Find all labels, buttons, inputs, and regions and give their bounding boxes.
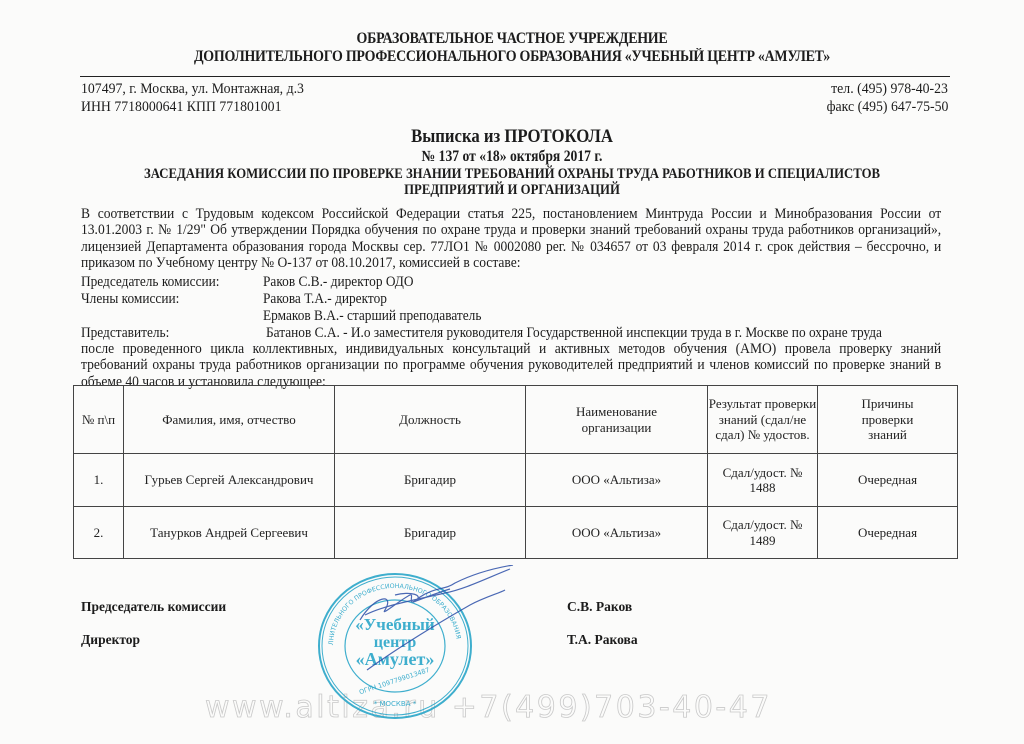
- director-role: Директор: [81, 632, 140, 648]
- chair-label: Председатель комиссии:: [81, 274, 219, 290]
- row-number: 2.: [74, 507, 124, 559]
- row-reason: Очередная: [818, 507, 958, 559]
- members-label: Члены комиссии:: [81, 291, 179, 307]
- organization-name-line2: ДОПОЛНИТЕЛЬНОГО ПРОФЕССИОНАЛЬНОГО ОБРАЗО…: [51, 48, 973, 66]
- table-row: 1. Гурьев Сергей Александрович Бригадир …: [74, 454, 958, 507]
- representative-value: Батанов С.А. - И.о заместителя руководит…: [266, 325, 882, 341]
- address: 107497, г. Москва, ул. Монтажная, д.3: [81, 81, 304, 98]
- table-row: 2. Танурков Андрей Сергеевич Бригадир ОО…: [74, 507, 958, 559]
- row-result: Сдал/удост. № 1488: [708, 454, 818, 507]
- row-full-name: Гурьев Сергей Александрович: [124, 454, 335, 507]
- signature-icon: [355, 565, 515, 680]
- chair-name: С.В. Раков: [567, 599, 632, 615]
- inn-kpp: ИНН 7718000641 КПП 771801001: [81, 99, 281, 116]
- header-position: Должность: [335, 386, 526, 454]
- results-table: № п\п Фамилия, имя, отчество Должность Н…: [73, 385, 958, 559]
- director-name: Т.А. Ракова: [567, 632, 638, 648]
- row-full-name: Танурков Андрей Сергеевич: [124, 507, 335, 559]
- header-reason: Причины проверки знаний: [818, 386, 958, 454]
- organization-name-line1: ОБРАЗОВАТЕЛЬНОЕ ЧАСТНОЕ УЧРЕЖДЕНИЕ: [51, 30, 973, 48]
- row-position: Бригадир: [335, 454, 526, 507]
- header-divider: [80, 76, 950, 77]
- watermark: www.altiza.ru +7(499)703-40-47: [205, 690, 772, 725]
- phone: тел. (495) 978-40-23: [831, 81, 948, 98]
- row-reason: Очередная: [818, 454, 958, 507]
- protocol-subject-line1: ЗАСЕДАНИЯ КОМИССИИ ПО ПРОВЕРКЕ ЗНАНИИ ТР…: [61, 166, 962, 183]
- header-result: Результат проверки знаний (сдал/не сдал)…: [708, 386, 818, 454]
- chair-value: Раков С.В.- директор ОДО: [263, 274, 414, 290]
- row-organization: ООО «Альтиза»: [526, 454, 708, 507]
- header-full-name: Фамилия, имя, отчество: [124, 386, 335, 454]
- document-title: Выписка из ПРОТОКОЛА: [61, 126, 962, 148]
- chair-role: Председатель комиссии: [81, 599, 226, 615]
- header-organization: Наименование организации: [526, 386, 708, 454]
- stamp-city: * МОСКВА *: [374, 700, 417, 708]
- table-header-row: № п\п Фамилия, имя, отчество Должность Н…: [74, 386, 958, 454]
- intro-paragraph: В соответствии с Трудовым кодексом Росси…: [81, 206, 941, 272]
- row-result: Сдал/удост. № 1489: [708, 507, 818, 559]
- header-number: № п\п: [74, 386, 124, 454]
- result-paragraph: после проведенного цикла коллективных, и…: [81, 341, 941, 390]
- protocol-number: № 137 от «18» октября 2017 г.: [61, 148, 962, 166]
- protocol-subject-line2: ПРЕДПРИЯТИЙ И ОРГАНИЗАЦИЙ: [61, 182, 962, 199]
- row-position: Бригадир: [335, 507, 526, 559]
- row-organization: ООО «Альтиза»: [526, 507, 708, 559]
- row-number: 1.: [74, 454, 124, 507]
- fax: факс (495) 647-75-50: [826, 99, 948, 116]
- member-1: Ракова Т.А.- директор: [263, 291, 387, 307]
- representative-label: Представитель:: [81, 325, 169, 341]
- member-2: Ермаков В.А.- старший преподаватель: [263, 308, 481, 324]
